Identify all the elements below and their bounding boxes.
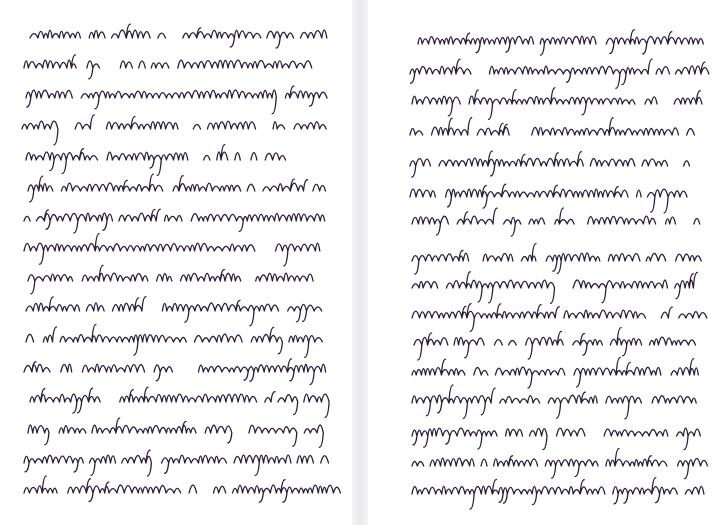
line-label: handwritten line 2 <box>330 48 331 49</box>
handwriting-stroke <box>24 201 328 231</box>
handwritten-line: handwritten line 14 <box>28 413 324 443</box>
handwritten-line: handwritten line 5 <box>26 140 290 170</box>
handwriting-stroke <box>410 115 694 145</box>
line-label: handwritten line 7 <box>700 204 701 205</box>
line-label: handwritten line 16 <box>340 473 341 474</box>
handwritten-line: handwritten line 15 <box>24 443 330 473</box>
line-label: handwritten line 11 <box>324 322 325 323</box>
handwritten-line: handwritten line 4 <box>410 115 694 145</box>
handwriting-stroke <box>26 322 324 352</box>
line-label: handwritten line 6 <box>692 177 693 178</box>
handwriting-stroke <box>22 109 328 139</box>
handwritten-line: handwritten line 6 <box>410 177 692 207</box>
handwritten-line: handwritten line 8 <box>24 231 328 261</box>
line-label: handwritten line 1 <box>708 24 709 25</box>
handwriting-stroke <box>412 355 702 385</box>
handwriting-stroke <box>412 416 704 446</box>
handwritten-line: handwritten line 12 <box>24 352 330 382</box>
line-label: handwritten line 14 <box>324 413 325 414</box>
handwritten-line: handwritten line 13 <box>30 382 330 412</box>
line-label: handwritten line 8 <box>702 241 703 242</box>
page-gutter <box>352 0 368 525</box>
line-label: handwritten line 15 <box>330 443 331 444</box>
left-page: handwritten line 1handwritten line 2hand… <box>0 0 352 525</box>
handwritten-line: handwritten line 10 <box>412 298 706 328</box>
line-label: handwritten line 4 <box>328 109 329 110</box>
handwriting-stroke <box>26 78 328 108</box>
line-label: handwritten line 9 <box>318 261 319 262</box>
handwriting-stroke <box>26 140 290 170</box>
line-label: handwritten line 5 <box>290 140 291 141</box>
handwritten-line: handwritten line 7 <box>24 201 328 231</box>
handwritten-line: handwritten line 14 <box>412 416 704 446</box>
line-label: handwritten line 12 <box>330 352 331 353</box>
handwritten-line: handwritten line 15 <box>412 446 708 476</box>
handwriting-stroke <box>24 473 340 503</box>
line-label: handwritten line 13 <box>330 382 331 383</box>
line-label: handwritten line 3 <box>328 78 329 79</box>
handwriting-stroke <box>410 146 692 176</box>
handwritten-line: handwritten line 16 <box>412 474 708 504</box>
handwritten-line: handwritten line 12 <box>412 355 702 385</box>
handwriting-stroke <box>24 443 330 473</box>
line-label: handwritten line 14 <box>704 416 705 417</box>
handwriting-stroke <box>24 231 328 261</box>
handwriting-stroke <box>414 325 700 355</box>
handwriting-stroke <box>412 241 702 271</box>
handwritten-line: handwritten line 2 <box>24 48 330 78</box>
line-label: handwritten line 3 <box>706 84 707 85</box>
handwritten-line: handwritten line 6 <box>28 171 328 201</box>
handwriting-stroke <box>412 204 700 234</box>
line-label: handwritten line 2 <box>708 54 709 55</box>
handwritten-line: handwritten line 9 <box>28 261 318 291</box>
line-label: handwritten line 16 <box>708 474 709 475</box>
handwritten-line: handwritten line 11 <box>26 322 324 352</box>
handwriting-stroke <box>410 54 708 84</box>
handwriting-stroke <box>412 383 702 413</box>
handwriting-stroke <box>30 382 330 412</box>
handwritten-line: handwritten line 1 <box>418 24 708 54</box>
handwriting-stroke <box>24 48 330 78</box>
line-label: handwritten line 1 <box>330 18 331 19</box>
handwritten-line: handwritten line 5 <box>410 146 692 176</box>
handwriting-stroke <box>24 352 330 382</box>
handwritten-line: handwritten line 11 <box>414 325 700 355</box>
handwriting-stroke <box>412 84 706 114</box>
handwriting-stroke <box>418 24 708 54</box>
handwritten-line: handwritten line 9 <box>412 268 696 298</box>
handwritten-line: handwritten line 1 <box>30 18 330 48</box>
handwritten-line: handwritten line 4 <box>22 109 328 139</box>
handwritten-line: handwritten line 2 <box>410 54 708 84</box>
handwritten-line: handwritten line 13 <box>412 383 702 413</box>
line-label: handwritten line 13 <box>702 383 703 384</box>
handwriting-stroke <box>30 18 330 48</box>
handwriting-stroke <box>28 171 328 201</box>
line-label: handwritten line 5 <box>692 146 693 147</box>
line-label: handwritten line 12 <box>702 355 703 356</box>
line-label: handwritten line 10 <box>706 298 707 299</box>
handwriting-stroke <box>412 446 708 476</box>
handwritten-line: handwritten line 16 <box>24 473 340 503</box>
handwriting-stroke <box>28 413 324 443</box>
handwritten-line: handwritten line 3 <box>412 84 706 114</box>
handwriting-stroke <box>412 298 706 328</box>
handwritten-line: handwritten line 7 <box>412 204 700 234</box>
handwriting-stroke <box>412 474 708 504</box>
handwriting-stroke <box>26 291 326 321</box>
handwriting-stroke <box>410 177 692 207</box>
handwritten-line: handwritten line 3 <box>26 78 328 108</box>
line-label: handwritten line 6 <box>328 171 329 172</box>
line-label: handwritten line 4 <box>694 115 695 116</box>
handwritten-line: handwritten line 8 <box>412 241 702 271</box>
handwriting-stroke <box>28 261 318 291</box>
handwriting-stroke <box>412 268 696 298</box>
line-label: handwritten line 7 <box>328 201 329 202</box>
line-label: handwritten line 10 <box>326 291 327 292</box>
right-page: handwritten line 1handwritten line 2hand… <box>368 0 720 525</box>
line-label: handwritten line 8 <box>328 231 329 232</box>
handwritten-line: handwritten line 10 <box>26 291 326 321</box>
line-label: handwritten line 15 <box>708 446 709 447</box>
